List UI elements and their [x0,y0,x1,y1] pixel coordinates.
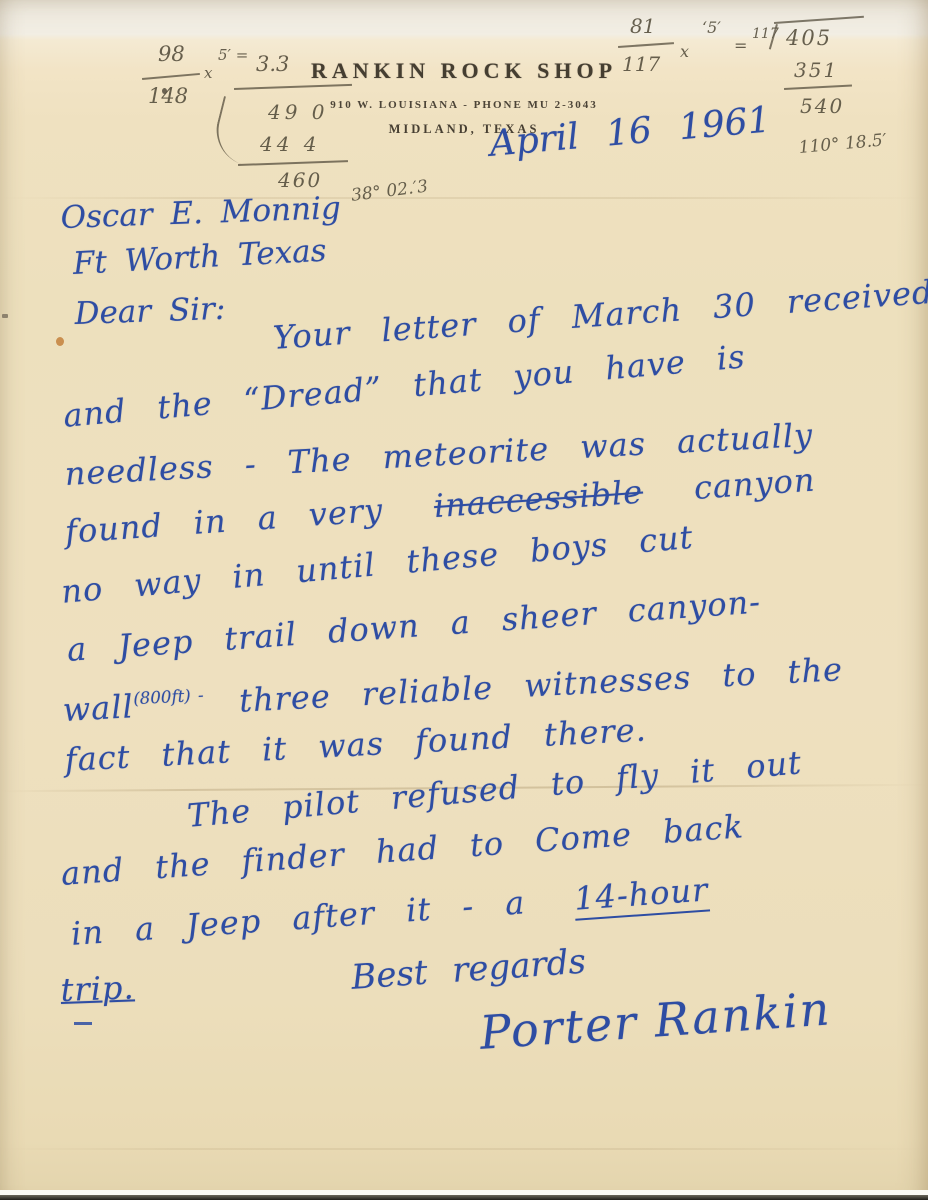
calc-right-numerator: 81 [630,14,655,38]
calc-left-quotient: 3.3 [256,52,289,76]
calc-left-fraction-bar [142,73,200,80]
scanned-letter-page: RANKIN ROCK SHOP 910 W. LOUISIANA - PHON… [0,0,928,1200]
calc-right-denominator: 117 [622,52,660,76]
calc-left-operation: x [204,64,212,82]
calc-right-vinculum [774,16,864,24]
height-annotation: (800ft) - [133,685,204,708]
calc-left-row3: 460 [278,168,322,192]
calc-right-dividend: 405 [786,26,832,50]
underlined-phrase: 14-hour [573,870,710,920]
calc-left-subtraction-line [238,160,348,166]
closing: Best regards [350,942,587,998]
body-line-1: Your letter of March 30 received [272,276,928,354]
signature: Porter Rankin [478,981,833,1059]
fold-crease-bottom [0,1148,928,1150]
trip-underline-dash [74,1022,92,1025]
body-line-7-end: three reliable witnesses to the [238,650,844,720]
struck-word: inaccessible [433,473,645,526]
calc-right-operation: x [680,42,689,61]
calc-right-row2: 540 [800,94,844,118]
calc-right-multiplier: ‘5′ [702,18,721,37]
body-line-7-start: wall [62,687,135,729]
scan-bottom-edge [0,1195,928,1200]
pencil-calc-left: 98 148 x 5′ = 3.3 49 0 44 4 460 [138,38,378,208]
body-line-4-start: found in a very [64,491,385,551]
calc-left-row1: 49 0 [268,100,329,124]
salutation: Dear Sir: [74,291,226,332]
calc-left-row2: 44 4 [260,132,321,156]
calc-right-fraction-bar [618,42,674,48]
calc-right-row1: 351 [794,58,838,82]
edge-mark [2,314,8,318]
body-line-4-end: canyon [693,461,817,507]
body-line-11-start: in a Jeep after it - a [70,883,527,953]
stain-speck [56,337,64,346]
calc-left-division-hook [209,96,259,165]
calc-left-numerator: 98 [158,42,185,66]
calc-right-subtraction-line [784,84,852,90]
calc-left-denominator: 148 [148,84,188,108]
body-line-7: wall(800ft) - three reliable witnesses t… [62,653,844,726]
calc-left-vinculum [234,84,352,90]
body-line-2: and the “Dread” that you have is [62,340,747,432]
calc-right-equals: = [734,36,747,55]
calc-left-exponent: 5′ = [218,46,248,64]
body-line-12: trip. [60,971,135,1006]
recipient-city: Ft Worth Texas [72,233,327,282]
